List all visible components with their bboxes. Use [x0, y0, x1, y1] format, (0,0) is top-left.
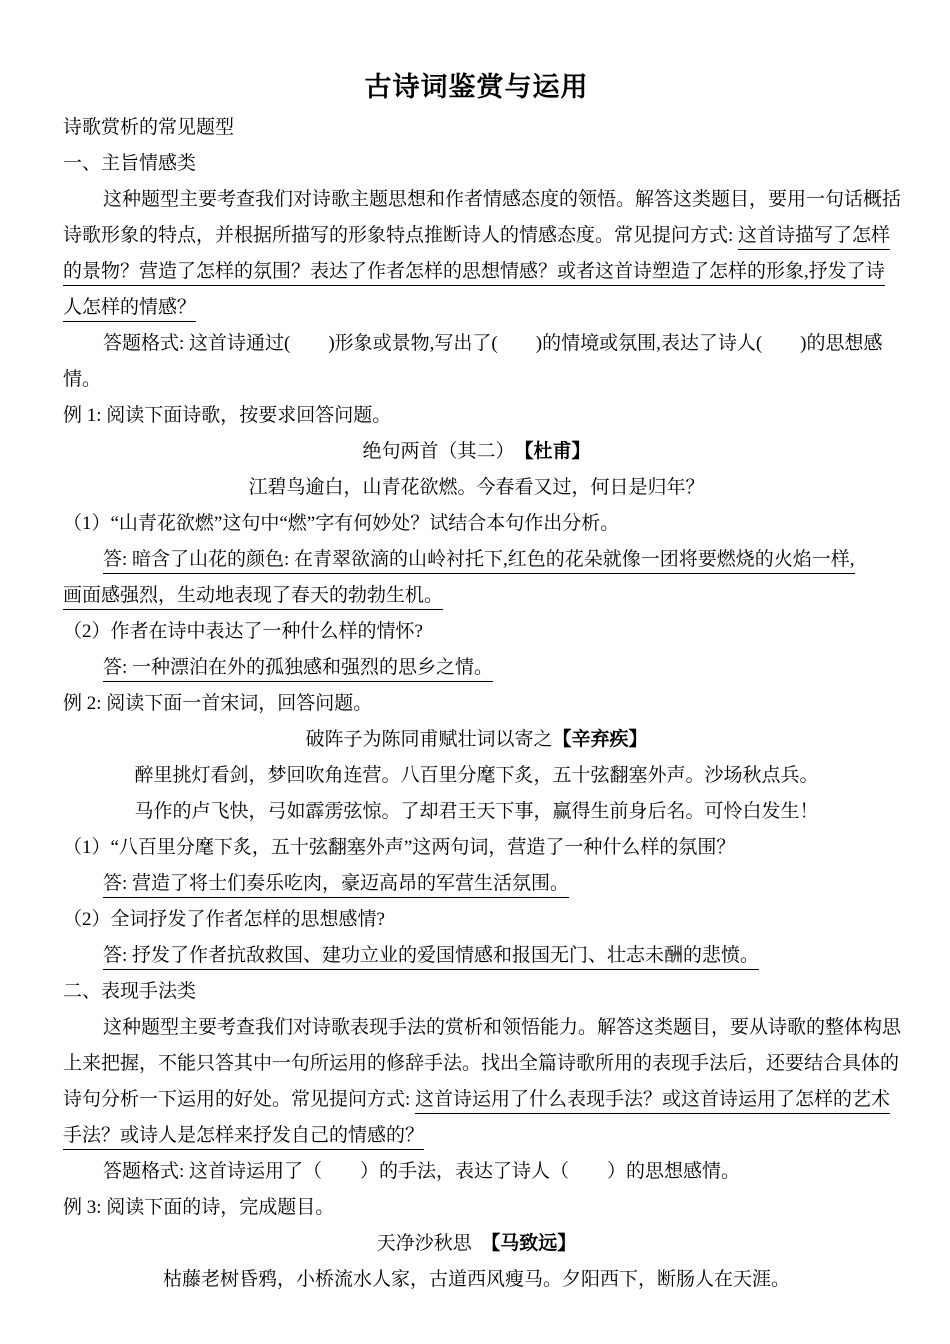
poem-2-title: 破阵子为陈同甫赋壮词以寄之【辛弃疾】 [63, 722, 890, 758]
text-segment: 这种题型主要考查我们对诗歌表现手法的赏析和领悟能力。解答这类题目，要从诗歌的整体… [103, 1017, 901, 1038]
text-segment: 诗句分析一下运用的好处。常见提问方式: [63, 1089, 415, 1110]
poem-3-text: 枯藤老树昏鸦，小桥流水人家，古道西风瘦马。夕阳西下，断肠人在天涯。 [63, 1262, 890, 1298]
answer-format-1-line-2: 情。 [63, 362, 890, 398]
underlined-text: 答: 抒发了作者抗敌救国、建功立业的爱国情感和报国无门、壮志未酬的悲愤。 [103, 945, 759, 970]
example-2-answer-1: 答: 营造了将士们奏乐吃肉，豪迈高昂的军营生活氛围。 [63, 866, 890, 902]
example-1-question-2: （2）作者在诗中表达了一种什么样的情怀? [63, 614, 890, 650]
underlined-text: 答: 营造了将士们奏乐吃肉，豪迈高昂的军营生活氛围。 [103, 873, 569, 898]
poem-1-title: 绝句两首（其二） 【杜甫】 [63, 434, 890, 470]
answer-format-2: 答题格式: 这首诗运用了（ ）的手法，表达了诗人（ ）的思想感情。 [63, 1154, 890, 1190]
example-2-label: 例 2: 阅读下面一首宋词，回答问题。 [63, 686, 890, 722]
underlined-text: 这首诗描写了怎样 [738, 225, 890, 250]
text-segment: 【辛弃疾】 [553, 729, 648, 750]
text-segment: 情。 [63, 369, 101, 390]
text-segment: 诗歌形象的特点，并根据所描写的形象特点推断诗人的情感态度。常见提问方式: [63, 225, 738, 246]
text-segment: （1）“八百里分麾下炙，五十弦翻塞外声”这两句词，营造了一种什么样的氛围？ [63, 837, 735, 858]
document-content: 古诗词鉴赏与运用 诗歌赏析的常见题型一、主旨情感类这种题型主要考查我们对诗歌主题… [0, 0, 950, 1298]
text-segment: （2）全词抒发了作者怎样的思想感情? [63, 909, 385, 930]
example-3-label: 例 3: 阅读下面的诗，完成题目。 [63, 1190, 890, 1226]
underlined-text: 画面感强烈，生动地表现了春天的勃勃生机。 [63, 585, 443, 610]
doc-title: 古诗词鉴赏与运用 [63, 64, 890, 110]
section-2-intro-line-3: 诗句分析一下运用的好处。常见提问方式: 这首诗运用了什么表现手法？或这首诗运用了… [63, 1082, 890, 1118]
underlined-text: 这首诗运用了什么表现手法？或这首诗运用了怎样的艺术 [415, 1089, 890, 1114]
section-1-intro-line-3: 的景物？营造了怎样的氛围？表达了作者怎样的思想情感？或者这首诗塑造了怎样的形象,… [63, 254, 890, 290]
section-2-intro-line-4: 手法？或诗人是怎样来抒发自己的情感的？ [63, 1118, 890, 1154]
underlined-text: 的景物？营造了怎样的氛围？表达了作者怎样的思想情感？或者这首诗塑造了怎样的形象,… [63, 261, 885, 286]
example-2-question-1: （1）“八百里分麾下炙，五十弦翻塞外声”这两句词，营造了一种什么样的氛围？ [63, 830, 890, 866]
poem-1-text: 江碧鸟逾白，山青花欲燃。今春看又过，何日是归年？ [63, 470, 890, 506]
text-segment: 江碧鸟逾白，山青花欲燃。今春看又过，何日是归年？ [248, 477, 704, 498]
text-segment: （2）作者在诗中表达了一种什么样的情怀? [63, 621, 423, 642]
poem-2-text-line-2: 马作的卢飞快，弓如霹雳弦惊。了却君王天下事，赢得生前身后名。可怜白发生！ [63, 794, 890, 830]
underlined-text: 答: 暗含了山花的颜色: 在青翠欲滴的山岭衬托下,红色的花朵就像一团将要燃烧的火… [103, 549, 855, 574]
text-segment: 【杜甫】 [524, 441, 591, 462]
text-segment: 马作的卢飞快，弓如霹雳弦惊。了却君王天下事，赢得生前身后名。可怜白发生！ [134, 801, 818, 822]
text-segment: 天净沙秋思 [377, 1233, 491, 1254]
section-1-intro-line-4: 人怎样的情感？ [63, 290, 890, 326]
text-segment: 枯藤老树昏鸦，小桥流水人家，古道西风瘦马。夕阳西下，断肠人在天涯。 [163, 1269, 790, 1290]
text-segment: 这种题型主要考查我们对诗歌主题思想和作者情感态度的领悟。解答这类题目，要用一句话… [103, 189, 901, 210]
example-2-question-2: （2）全词抒发了作者怎样的思想感情? [63, 902, 890, 938]
underlined-text: 答: 一种漂泊在外的孤独感和强烈的思乡之情。 [103, 657, 493, 682]
section-1-intro-line-1: 这种题型主要考查我们对诗歌主题思想和作者情感态度的领悟。解答这类题目，要用一句话… [63, 182, 890, 218]
underlined-text: 手法？或诗人是怎样来抒发自己的情感的？ [63, 1125, 424, 1150]
text-segment: 绝句两首（其二） [362, 441, 524, 462]
text-segment: 诗歌赏析的常见题型 [63, 117, 234, 138]
poem-3-title: 天净沙秋思 【马致远】 [63, 1226, 890, 1262]
document-page: 古诗词鉴赏与运用 诗歌赏析的常见题型一、主旨情感类这种题型主要考查我们对诗歌主题… [0, 0, 950, 1344]
text-segment: 上来把握，不能只答其中一句所运用的修辞手法。找出全篇诗歌所用的表现手法后，还要结… [63, 1053, 899, 1074]
text-segment: 二、表现手法类 [63, 981, 196, 1002]
section-2-heading: 二、表现手法类 [63, 974, 890, 1010]
section-1-heading: 一、主旨情感类 [63, 146, 890, 182]
text-segment: （1）“山青花欲燃”这句中“燃”字有何妙处？试结合本句作出分析。 [63, 513, 619, 534]
example-1-answer-2: 答: 一种漂泊在外的孤独感和强烈的思乡之情。 [63, 650, 890, 686]
text-segment: 破阵子为陈同甫赋壮词以寄之 [305, 729, 552, 750]
example-1-answer-1-line-1: 答: 暗含了山花的颜色: 在青翠欲滴的山岭衬托下,红色的花朵就像一团将要燃烧的火… [63, 542, 890, 578]
example-1-question-1: （1）“山青花欲燃”这句中“燃”字有何妙处？试结合本句作出分析。 [63, 506, 890, 542]
underlined-text: 人怎样的情感？ [63, 297, 196, 322]
section-1-intro-line-2: 诗歌形象的特点，并根据所描写的形象特点推断诗人的情感态度。常见提问方式: 这首诗… [63, 218, 890, 254]
text-segment: 【马致远】 [491, 1233, 577, 1254]
text-segment: 例 3: 阅读下面的诗，完成题目。 [63, 1197, 334, 1218]
text-segment: 醉里挑灯看剑，梦回吹角连营。八百里分麾下炙，五十弦翻塞外声。沙场秋点兵。 [134, 765, 818, 786]
text-segment: 答题格式: 这首诗运用了（ ）的手法，表达了诗人（ ）的思想感情。 [103, 1161, 740, 1182]
example-1-label: 例 1: 阅读下面诗歌，按要求回答问题。 [63, 398, 890, 434]
text-segment: 答题格式: 这首诗通过( )形象或景物,写出了( )的情境或氛围,表达了诗人( … [103, 333, 883, 354]
answer-format-1-line-1: 答题格式: 这首诗通过( )形象或景物,写出了( )的情境或氛围,表达了诗人( … [63, 326, 890, 362]
example-1-answer-1-line-2: 画面感强烈，生动地表现了春天的勃勃生机。 [63, 578, 890, 614]
doc-subtitle: 诗歌赏析的常见题型 [63, 110, 890, 146]
section-2-intro-line-1: 这种题型主要考查我们对诗歌表现手法的赏析和领悟能力。解答这类题目，要从诗歌的整体… [63, 1010, 890, 1046]
text-segment: 例 2: 阅读下面一首宋词，回答问题。 [63, 693, 372, 714]
text-segment: 例 1: 阅读下面诗歌，按要求回答问题。 [63, 405, 391, 426]
doc-body: 诗歌赏析的常见题型一、主旨情感类这种题型主要考查我们对诗歌主题思想和作者情感态度… [63, 110, 890, 1298]
example-2-answer-2: 答: 抒发了作者抗敌救国、建功立业的爱国情感和报国无门、壮志未酬的悲愤。 [63, 938, 890, 974]
poem-2-text-line-1: 醉里挑灯看剑，梦回吹角连营。八百里分麾下炙，五十弦翻塞外声。沙场秋点兵。 [63, 758, 890, 794]
text-segment: 一、主旨情感类 [63, 153, 196, 174]
section-2-intro-line-2: 上来把握，不能只答其中一句所运用的修辞手法。找出全篇诗歌所用的表现手法后，还要结… [63, 1046, 890, 1082]
